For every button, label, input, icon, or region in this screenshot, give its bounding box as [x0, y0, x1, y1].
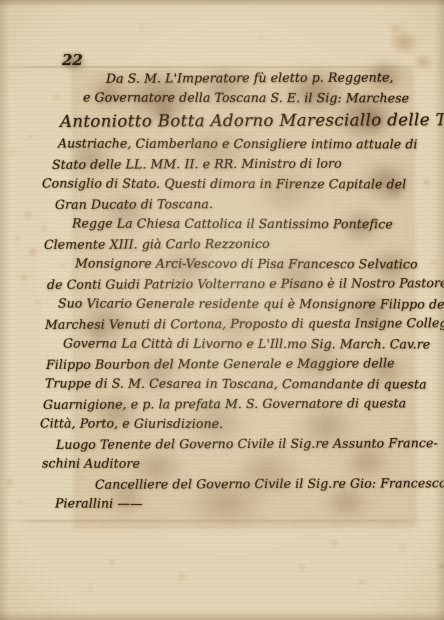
manuscript-line: Pierallini —— — [55, 493, 442, 514]
manuscript-line: Monsignore Arci-Vescovo di Pisa Francesc… — [75, 254, 442, 275]
manuscript-line: Filippo Bourbon del Monte Generale e Mag… — [46, 353, 442, 375]
manuscript-line: Marchesi Venuti di Cortona, Proposto di … — [45, 313, 442, 335]
manuscript-line: Clemente XIII. già Carlo Rezzonico — [44, 233, 442, 255]
manuscript-line: Truppe di S. M. Cesarea in Toscana, Coma… — [45, 373, 442, 394]
manuscript-line: Consiglio di Stato. Questi dimora in Fir… — [42, 173, 442, 194]
manuscript-line: Austriache, Ciamberlano e Consigliere in… — [58, 133, 442, 154]
manuscript-line: Cancelliere del Governo Civile il Sig.re… — [95, 473, 442, 495]
manuscript-line: Regge La Chiesa Cattolica il Santissimo … — [72, 214, 442, 235]
manuscript-line: Città, Porto, e Giurisdizione. — [40, 413, 442, 434]
manuscript-line: Antoniotto Botta Adorno Maresciallo dell… — [60, 107, 442, 135]
manuscript-line: Guarnigione, e p. la prefata M. S. Gover… — [43, 393, 442, 415]
manuscript-text-block: Da S. M. L'Imperatore fù eletto p. Regge… — [40, 68, 442, 514]
manuscript-page: 22 Da S. M. L'Imperatore fù eletto p. Re… — [0, 0, 444, 620]
page-number: 22 — [62, 51, 83, 69]
manuscript-line: Gran Ducato di Toscana. — [55, 193, 442, 215]
manuscript-line: Governa La Città di Livorno e L'Ill.mo S… — [63, 334, 442, 355]
manuscript-line: Suo Vicario Generale residente qui è Mon… — [58, 293, 442, 314]
manuscript-line: Da S. M. L'Imperatore fù eletto p. Regge… — [106, 67, 442, 88]
manuscript-line: schini Auditore — [42, 453, 442, 474]
manuscript-line: de Conti Guidi Patrizio Volterrano e Pis… — [47, 273, 442, 295]
manuscript-line: Luogo Tenente del Governo Civile il Sig.… — [56, 433, 442, 455]
manuscript-line: e Governatore della Toscana S. E. il Sig… — [83, 88, 442, 109]
manuscript-line: Stato delle LL. MM. II. e RR. Ministro d… — [52, 153, 442, 175]
